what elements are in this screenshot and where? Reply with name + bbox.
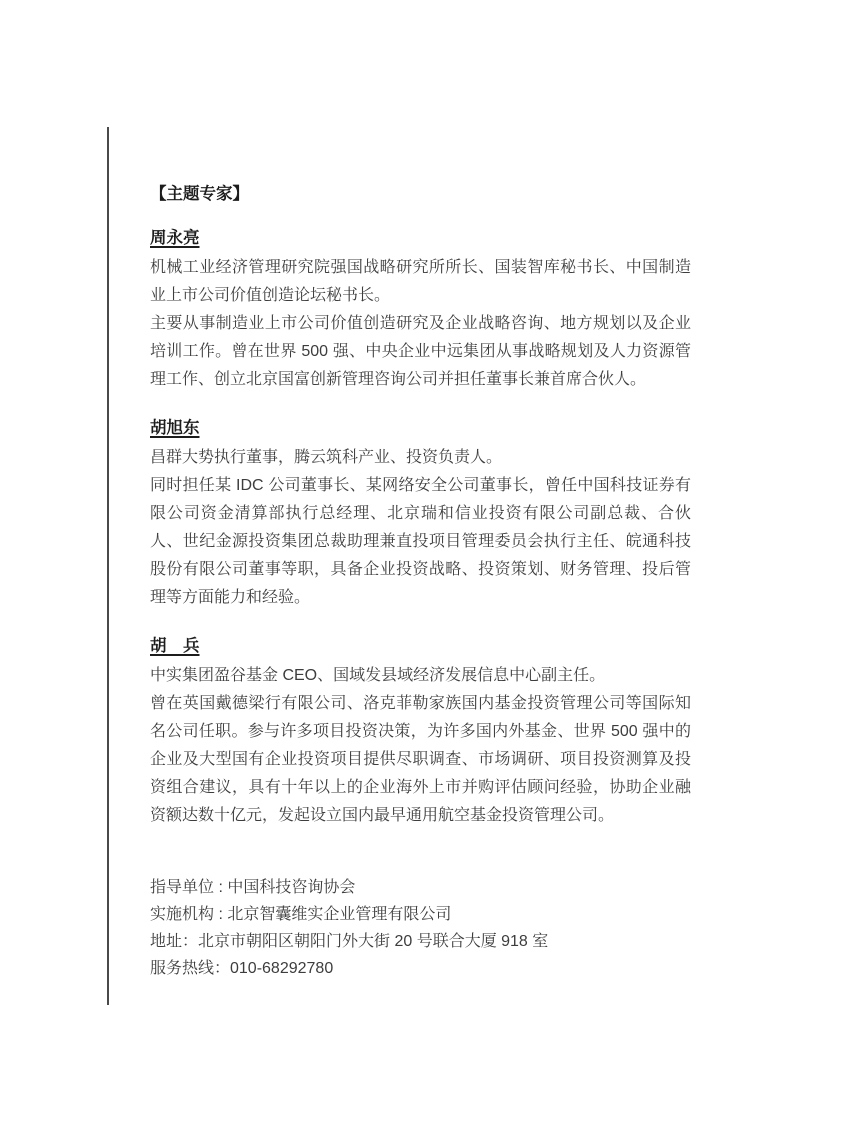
expert-bio: 机械工业经济管理研究院强国战略研究所所长、国装智库秘书长、中国制造业上市公司价值…	[150, 254, 691, 394]
expert-name-text: 胡 兵	[150, 637, 200, 655]
document-content: 【主题专家】 周永亮 机械工业经济管理研究院强国战略研究所所长、国装智库秘书长、…	[150, 180, 691, 982]
left-margin-rule	[107, 127, 109, 1005]
document-page: 【主题专家】 周永亮 机械工业经济管理研究院强国战略研究所所长、国装智库秘书长、…	[0, 0, 841, 1122]
expert-bio-paragraph: 机械工业经济管理研究院强国战略研究所所长、国装智库秘书长、中国制造业上市公司价值…	[150, 254, 691, 310]
expert-bio: 中实集团盈谷基金 CEO、国域发县域经济发展信息中心副主任。 曾在英国戴德梁行有…	[150, 662, 691, 830]
expert-bio-paragraph: 中实集团盈谷基金 CEO、国域发县域经济发展信息中心副主任。	[150, 662, 691, 690]
expert-name-text: 周永亮	[150, 229, 200, 247]
footer-line-service-hotline: 服务热线：010-68292780	[150, 955, 691, 982]
expert-bio-paragraph: 主要从事制造业上市公司价值创造研究及企业战略咨询、地方规划以及企业培训工作。曾在…	[150, 310, 691, 394]
expert-name: 胡 兵	[150, 632, 691, 660]
expert-bio-paragraph: 曾在英国戴德梁行有限公司、洛克菲勒家族国内基金投资管理公司等国际知名公司任职。参…	[150, 690, 691, 830]
expert-name: 周永亮	[150, 224, 691, 252]
section-heading: 【主题专家】	[150, 180, 691, 208]
expert-bio-paragraph: 昌群大势执行董事，腾云筑科产业、投资负责人。	[150, 444, 691, 472]
expert-section: 胡旭东 昌群大势执行董事，腾云筑科产业、投资负责人。 同时担任某 IDC 公司董…	[150, 414, 691, 612]
expert-bio-paragraph: 同时担任某 IDC 公司董事长、某网络安全公司董事长，曾任中国科技证券有限公司资…	[150, 472, 691, 612]
footer-line-address: 地址：北京市朝阳区朝阳门外大街 20 号联合大厦 918 室	[150, 928, 691, 955]
expert-name: 胡旭东	[150, 414, 691, 442]
footer-line-guidance-unit: 指导单位 : 中国科技咨询协会	[150, 874, 691, 901]
expert-name-text: 胡旭东	[150, 419, 200, 437]
expert-section: 胡 兵 中实集团盈谷基金 CEO、国域发县域经济发展信息中心副主任。 曾在英国戴…	[150, 632, 691, 830]
expert-bio: 昌群大势执行董事，腾云筑科产业、投资负责人。 同时担任某 IDC 公司董事长、某…	[150, 444, 691, 612]
contact-footer: 指导单位 : 中国科技咨询协会 实施机构 : 北京智囊维实企业管理有限公司 地址…	[150, 874, 691, 982]
footer-line-implementing-agency: 实施机构 : 北京智囊维实企业管理有限公司	[150, 901, 691, 928]
expert-section: 周永亮 机械工业经济管理研究院强国战略研究所所长、国装智库秘书长、中国制造业上市…	[150, 224, 691, 394]
